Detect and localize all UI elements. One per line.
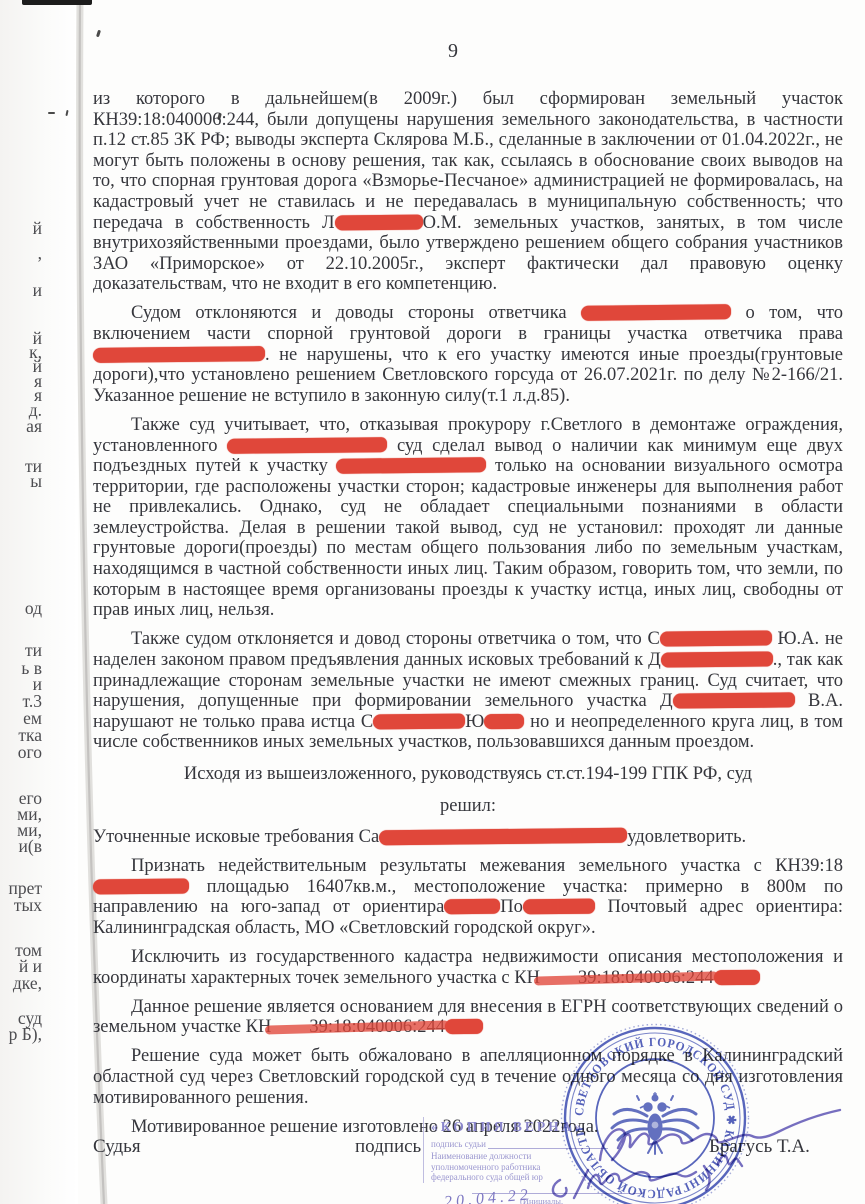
redaction-marker	[93, 878, 189, 894]
redaction-strike: 39:18:040006:244	[540, 968, 714, 989]
document-body: из которого в дальнейшем(в 2009г.) был с…	[93, 89, 843, 1137]
redaction-strike: 39:18:040006:244	[271, 1017, 445, 1038]
redaction-marker	[714, 969, 760, 984]
paragraph: Исключить из государственного кадастра н…	[93, 947, 843, 988]
margin-text-fragment: й	[33, 218, 42, 239]
redaction-marker	[379, 828, 627, 846]
redaction-marker	[660, 631, 772, 647]
margin-text-fragment: ая	[26, 416, 42, 437]
redaction-marker	[445, 1019, 483, 1034]
document-page: 9 из которого в дальнейшем(в 2009г.) был…	[93, 40, 843, 1146]
paragraph: Признать недействительным результаты меж…	[93, 856, 843, 938]
paragraph: Решение суда может быть обжаловано в апе…	[93, 1046, 843, 1108]
redaction-marker	[581, 305, 731, 322]
redaction-marker	[673, 692, 795, 708]
copy-stamp-position-line-3: федерального суда общей юр	[431, 1172, 699, 1183]
paragraph: Также суд учитывает, что, отказывая прок…	[93, 415, 843, 621]
paragraph: Уточненные исковые требования Саудовлетв…	[93, 827, 843, 848]
paragraph: Данное решение является основанием для в…	[93, 997, 843, 1038]
redaction-marker	[93, 346, 265, 363]
redaction-marker	[661, 651, 773, 667]
copy-stamp-title: «КОПИЯ ВЕРНА»	[431, 1119, 699, 1135]
margin-text-fragment: од	[25, 598, 42, 619]
copy-stamp-position-line-2: уполномоченного работника	[431, 1162, 699, 1173]
copy-stamp-judge-sign-label: подпись судьи	[431, 1139, 486, 1149]
margin-text-fragment: р Б),	[9, 1024, 42, 1045]
margin-text-fragment: и	[33, 280, 42, 301]
paragraph: Исходя из вышеизложенного, руководствуяс…	[93, 764, 843, 785]
paragraph: Также судом отклоняется и довод стороны …	[93, 629, 843, 753]
judge-name: Брагусь Т.А.	[709, 1136, 810, 1158]
page-number: 9	[93, 40, 813, 63]
redaction-marker	[523, 899, 595, 915]
paragraph: решил:	[93, 796, 843, 817]
margin-text-fragment: тых	[14, 895, 42, 916]
margin-text-fragment: ого	[18, 742, 42, 763]
judge-label: Судья	[93, 1136, 141, 1158]
redaction-marker	[373, 713, 465, 729]
handwritten-date: 20.04.22	[443, 1186, 532, 1204]
redaction-marker	[336, 457, 486, 474]
paragraph: Судом отклоняются и доводы стороны ответ…	[93, 303, 843, 406]
copy-certification-stamp: «КОПИЯ ВЕРНА» подпись судьи Наименование…	[423, 1117, 699, 1183]
margin-text-fragment: ы	[30, 471, 42, 492]
margin-text-fragment: ,	[38, 243, 42, 264]
copy-stamp-position-line-1: Наименование должности	[431, 1151, 699, 1162]
left-margin-fragments: й,ийк,йяяд.аятиыодтиь вит.3емткаогоегоми…	[0, 0, 46, 1204]
redaction-marker	[227, 437, 387, 454]
margin-text-fragment: и(в	[19, 836, 42, 857]
scanned-court-document-page: { "page": { "number": "9" }, "colors": {…	[0, 0, 865, 1204]
scan-speck	[96, 30, 101, 38]
redaction-marker	[335, 214, 423, 230]
scan-speck	[48, 112, 55, 114]
signature-underline	[488, 1139, 608, 1149]
paragraph: из которого в дальнейшем(в 2009г.) был с…	[93, 89, 843, 295]
copy-stamp-judge-sign-line: подпись судьи	[431, 1139, 699, 1149]
signature-placeholder-label: подпись	[355, 1136, 421, 1158]
redaction-marker	[444, 899, 500, 915]
redaction-marker	[484, 714, 524, 729]
margin-text-fragment: дке,	[13, 973, 42, 994]
